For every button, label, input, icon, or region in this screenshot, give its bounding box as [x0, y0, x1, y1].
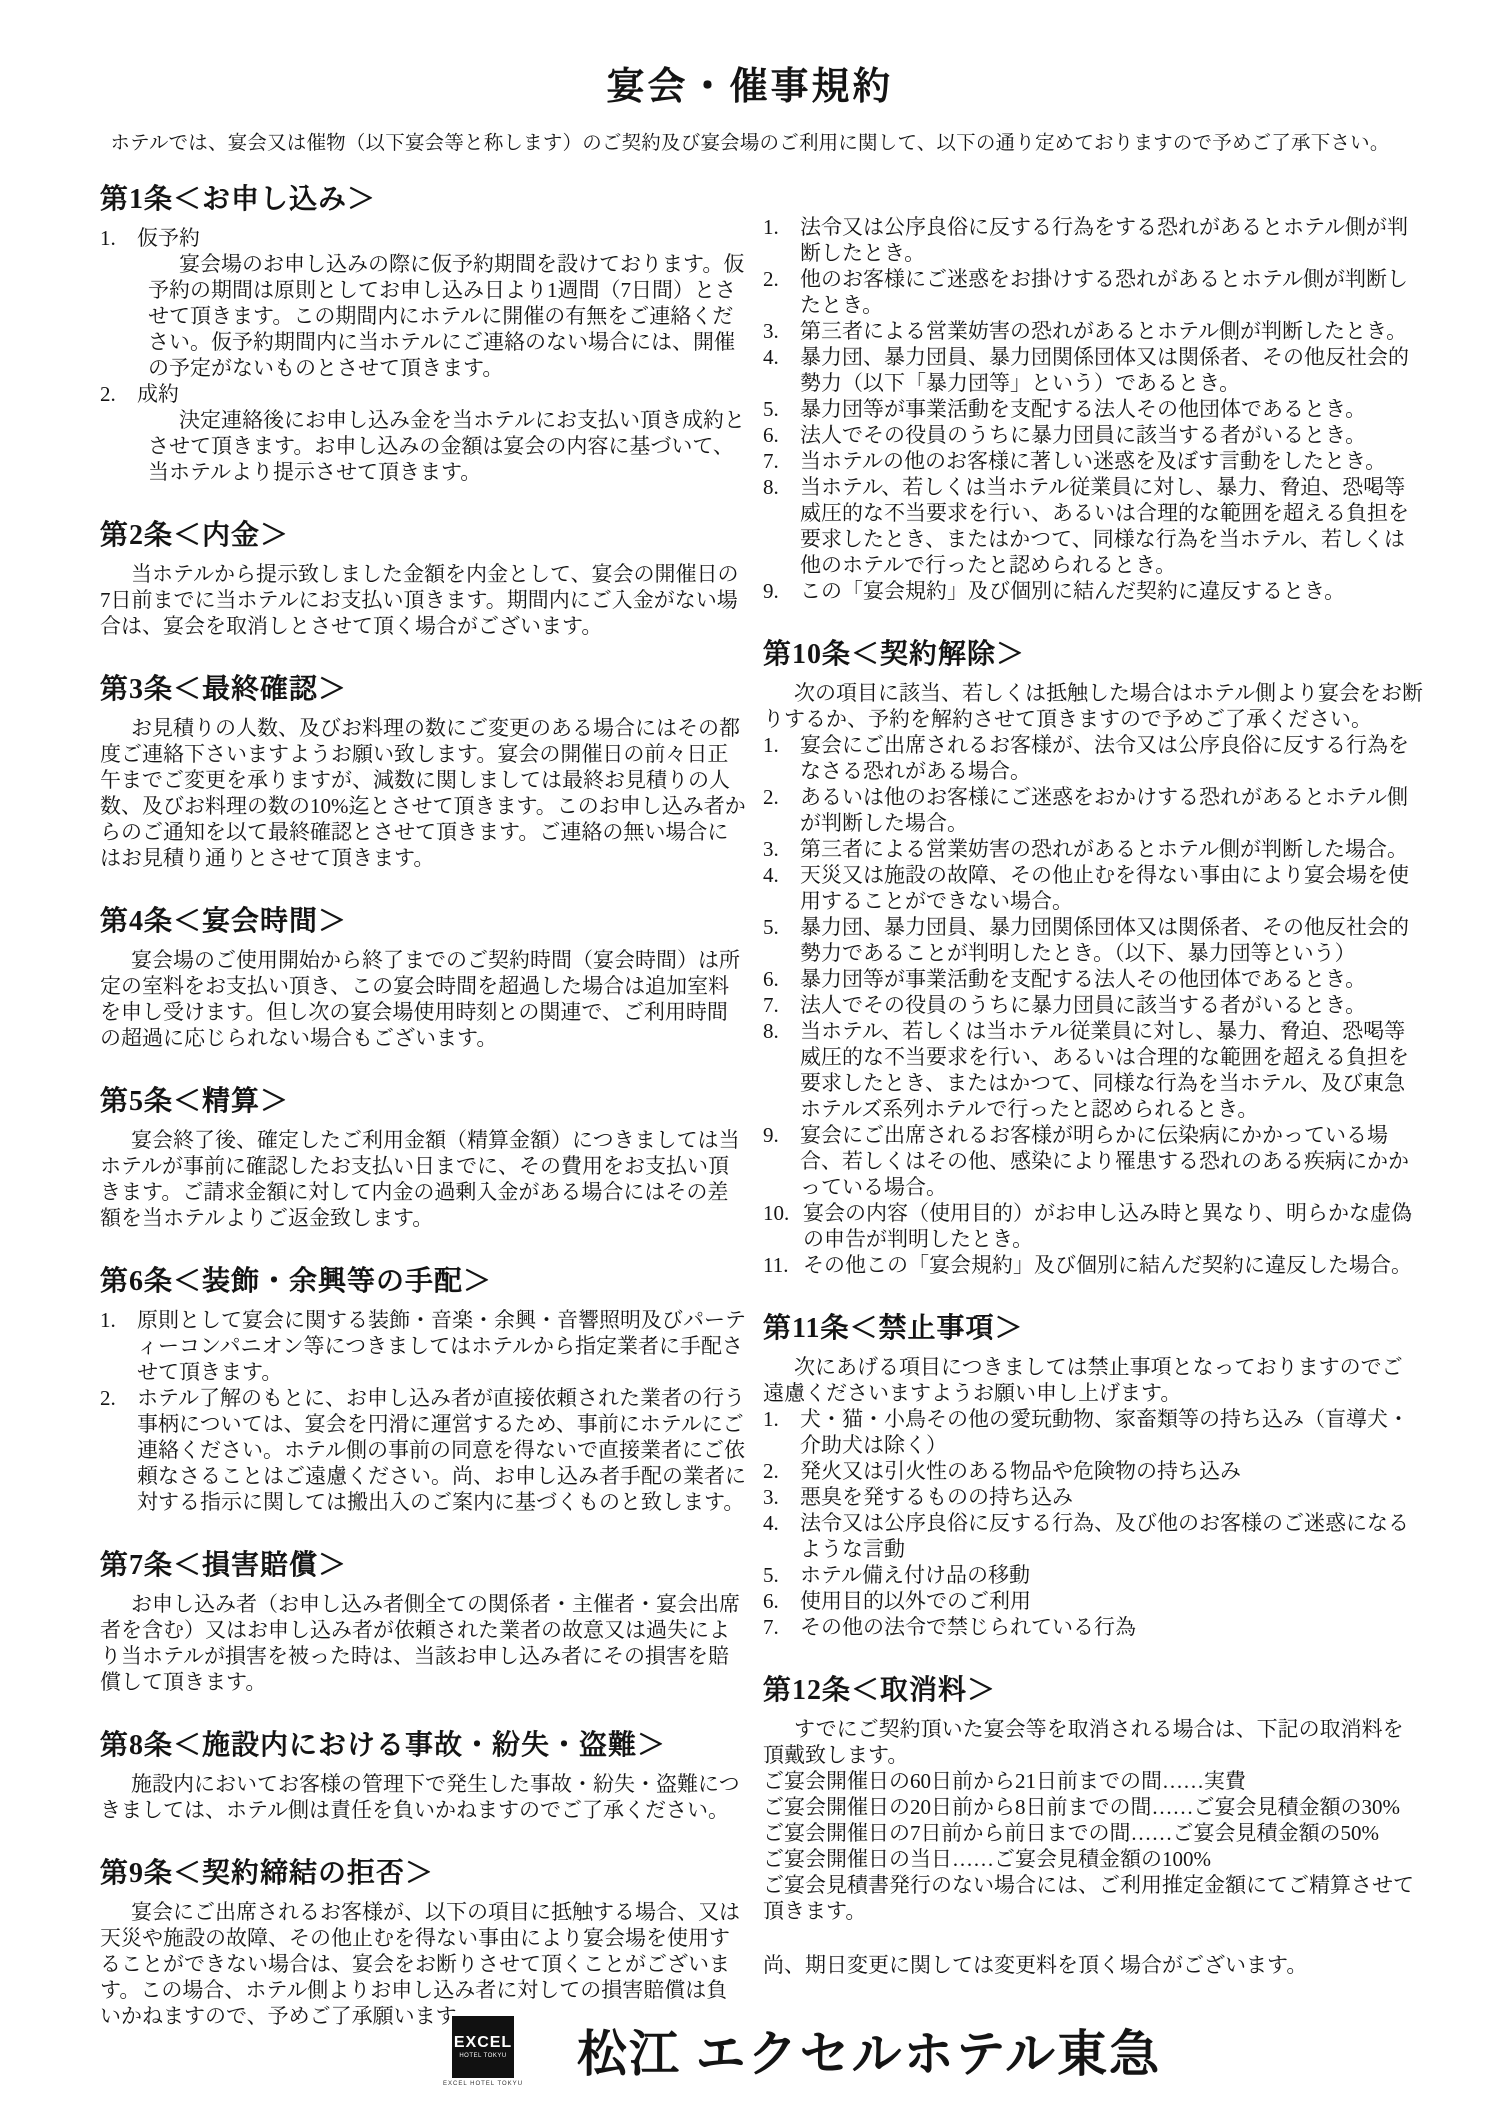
item-number: 2.: [100, 1385, 137, 1515]
item-text: 宴会にご出席されるお客様が明らかに伝染病にかかっている場合、若しくはその他、感染…: [800, 1122, 1423, 1200]
logo-main-text: EXCEL: [454, 2034, 512, 2052]
prohibited-item: 3. 悪臭を発するものの持ち込み: [763, 1484, 1423, 1510]
hotel-name: 松江 エクセルホテル東急: [577, 2024, 1161, 2084]
item-text: その他この「宴会規約」及び個別に結んだ契約に違反した場合。: [803, 1252, 1423, 1278]
item-text: 当ホテル、若しくは当ホテル従業員に対し、暴力、脅迫、恐喝等威圧的な不当要求を行い…: [800, 474, 1423, 578]
article-6: 第6条＜装飾・余興等の手配＞ 1. 原則として宴会に関する装飾・音楽・余興・音響…: [100, 1265, 746, 1515]
prohibited-item: 4. 法令又は公序良俗に反する行為、及び他のお客様のご迷惑になるような言動: [763, 1510, 1423, 1562]
condition-item: 4. 暴力団、暴力団員、暴力団関係団体又は関係者、その他反社会的勢力（以下「暴力…: [763, 344, 1423, 396]
item-text: 天災又は施設の故障、その他止むを得ない事由により宴会場を使用することができない場…: [800, 862, 1423, 914]
condition-item: 5. 暴力団等が事業活動を支配する法人その他団体であるとき。: [763, 396, 1423, 422]
item-number: 2.: [763, 266, 800, 318]
hotel-logo: EXCEL HOTEL TOKYU EXCEL HOTEL TOKYU: [443, 2016, 523, 2087]
item-text: 他のお客様にご迷惑をお掛けする恐れがあるとホテル側が判断したとき。: [800, 266, 1423, 318]
condition-item: 3. 第三者による営業妨害の恐れがあるとホテル側が判断したとき。: [763, 318, 1423, 344]
item-text: あるいは他のお客様にご迷惑をおかけする恐れがあるとホテル側が判断した場合。: [800, 784, 1423, 836]
item-number: 1.: [763, 214, 800, 266]
article-7-heading: 第7条＜損害賠償＞: [100, 1549, 746, 1583]
item-number: 7.: [763, 448, 800, 474]
article-11-intro: 次にあげる項目につきましては禁止事項となっておりますのでご遠慮くださいますようお…: [763, 1354, 1423, 1406]
article-10-heading: 第10条＜契約解除＞: [763, 638, 1423, 672]
termination-item: 2. あるいは他のお客様にご迷惑をおかけする恐れがあるとホテル側が判断した場合。: [763, 784, 1423, 836]
article-5: 第5条＜精算＞ 宴会終了後、確定したご利用金額（精算金額）につきましては当ホテル…: [100, 1085, 746, 1231]
article-8: 第8条＜施設内における事故・紛失・盗難＞ 施設内においてお客様の管理下で発生した…: [100, 1729, 746, 1823]
item-text: 法令又は公序良俗に反する行為をする恐れがあるとホテル側が判断したとき。: [800, 214, 1423, 266]
item-number: 8.: [763, 1018, 800, 1122]
cancellation-fee-line: ご宴会開催日の7日前から前日までの間……ご宴会見積金額の50%: [763, 1820, 1423, 1846]
condition-item: 1. 法令又は公序良俗に反する行為をする恐れがあるとホテル側が判断したとき。: [763, 214, 1423, 266]
termination-item: 9. 宴会にご出席されるお客様が明らかに伝染病にかかっている場合、若しくはその他…: [763, 1122, 1423, 1200]
item-text: 法人でその役員のうちに暴力団員に該当する者がいるとき。: [800, 992, 1423, 1018]
item-text: 原則として宴会に関する装飾・音楽・余興・音響照明及びパーティーコンパニオン等につ…: [137, 1307, 746, 1385]
article-2-heading: 第2条＜内金＞: [100, 519, 746, 553]
date-change-note: 尚、期日変更に関しては変更料を頂く場合がございます。: [763, 1952, 1423, 1978]
item-text: 悪臭を発するものの持ち込み: [800, 1484, 1423, 1510]
item-text: 当ホテル、若しくは当ホテル従業員に対し、暴力、脅迫、恐喝等威圧的な不当要求を行い…: [800, 1018, 1423, 1122]
item-number: 7.: [763, 1614, 800, 1640]
termination-item: 6. 暴力団等が事業活動を支配する法人その他団体であるとき。: [763, 966, 1423, 992]
item-number: 5.: [763, 396, 800, 422]
article-11: 第11条＜禁止事項＞ 次にあげる項目につきましては禁止事項となっておりますのでご…: [763, 1312, 1423, 1640]
item-text: 第三者による営業妨害の恐れがあるとホテル側が判断した場合。: [800, 836, 1423, 862]
item-number: 4.: [763, 862, 800, 914]
item-text: 暴力団、暴力団員、暴力団関係団体又は関係者、その他反社会的勢力（以下「暴力団等」…: [800, 344, 1423, 396]
article-12: 第12条＜取消料＞ すでにご契約頂いた宴会等を取消される場合は、下記の取消料を頂…: [763, 1674, 1423, 1978]
item-text: 宴会にご出席されるお客様が、法令又は公序良俗に反する行為をなさる恐れがある場合。: [800, 732, 1423, 784]
banquet-terms-document: 宴会・催事規約 ホテルでは、宴会又は催物（以下宴会等と称します）のご契約及び宴会…: [0, 0, 1500, 2122]
item-number: 3.: [763, 318, 800, 344]
item-number: 1.: [763, 732, 800, 784]
article-1-heading: 第1条＜お申し込み＞: [100, 183, 746, 217]
article-9: 第9条＜契約締結の拒否＞ 宴会にご出席されるお客様が、以下の項目に抵触する場合、…: [100, 1857, 746, 2029]
condition-item: 6. 法人でその役員のうちに暴力団員に該当する者がいるとき。: [763, 422, 1423, 448]
article-7-paragraph: お申し込み者（お申し込み者側全ての関係者・主催者・宴会出席者を含む）又はお申し込…: [100, 1591, 746, 1695]
condition-item: 9. この「宴会規約」及び個別に結んだ契約に違反するとき。: [763, 578, 1423, 604]
article-8-heading: 第8条＜施設内における事故・紛失・盗難＞: [100, 1729, 746, 1763]
article-9-heading: 第9条＜契約締結の拒否＞: [100, 1857, 746, 1891]
item-text: 使用目的以外でのご利用: [800, 1588, 1423, 1614]
item-label: 成約: [137, 381, 746, 407]
article-4-paragraph: 宴会場のご使用開始から終了までのご契約時間（宴会時間）は所定の室料をお支払い頂き…: [100, 947, 746, 1051]
article-2: 第2条＜内金＞ 当ホテルから提示致しました金額を内金として、宴会の開催日の7日前…: [100, 519, 746, 639]
item-number: 8.: [763, 474, 800, 578]
item-text: 法令又は公序良俗に反する行為、及び他のお客様のご迷惑になるような言動: [800, 1510, 1423, 1562]
article-5-heading: 第5条＜精算＞: [100, 1085, 746, 1119]
article-5-paragraph: 宴会終了後、確定したご利用金額（精算金額）につきましては当ホテルが事前に確認した…: [100, 1127, 746, 1231]
article-8-paragraph: 施設内においてお客様の管理下で発生した事故・紛失・盗難につきましては、ホテル側は…: [100, 1771, 746, 1823]
article-1-item-2: 2. 成約: [100, 381, 746, 407]
article-1-item-1: 1. 仮予約: [100, 225, 746, 251]
article-2-paragraph: 当ホテルから提示致しました金額を内金として、宴会の開催日の7日前までに当ホテルに…: [100, 561, 746, 639]
article-3-paragraph: お見積りの人数、及びお料理の数にご変更のある場合にはその都度ご連絡下さいますよう…: [100, 715, 746, 871]
termination-item: 1. 宴会にご出席されるお客様が、法令又は公序良俗に反する行為をなさる恐れがある…: [763, 732, 1423, 784]
item-number: 2.: [100, 381, 137, 407]
prohibited-item: 2. 発火又は引火性のある物品や危険物の持ち込み: [763, 1458, 1423, 1484]
article-4-heading: 第4条＜宴会時間＞: [100, 905, 746, 939]
item-number: 3.: [763, 1484, 800, 1510]
item-text: 犬・猫・小鳥その他の愛玩動物、家畜類等の持ち込み（盲導犬・介助犬は除く）: [800, 1406, 1423, 1458]
article-4: 第4条＜宴会時間＞ 宴会場のご使用開始から終了までのご契約時間（宴会時間）は所定…: [100, 905, 746, 1051]
article-12-intro: すでにご契約頂いた宴会等を取消される場合は、下記の取消料を頂戴致します。: [763, 1716, 1423, 1768]
page-title: 宴会・催事規約: [0, 55, 1500, 110]
item-number: 2.: [763, 784, 800, 836]
termination-item: 5. 暴力団、暴力団員、暴力団関係団体又は関係者、その他反社会的勢力であることが…: [763, 914, 1423, 966]
article-6-item: 2. ホテル了解のもとに、お申し込み者が直接依頼された業者の行う事柄については、…: [100, 1385, 746, 1515]
item-label: 仮予約: [137, 225, 746, 251]
condition-item: 7. 当ホテルの他のお客様に著しい迷惑を及ぼす言動をしたとき。: [763, 448, 1423, 474]
cancellation-fee-line: ご宴会開催日の当日……ご宴会見積金額の100%: [763, 1846, 1423, 1872]
item-number: 4.: [763, 1510, 800, 1562]
cancellation-fee-line: ご宴会開催日の60日前から21日前までの間……実費: [763, 1768, 1423, 1794]
article-10: 第10条＜契約解除＞ 次の項目に該当、若しくは抵触した場合はホテル側より宴会をお…: [763, 638, 1423, 1278]
item-text: この「宴会規約」及び個別に結んだ契約に違反するとき。: [800, 578, 1423, 604]
article-7: 第7条＜損害賠償＞ お申し込み者（お申し込み者側全ての関係者・主催者・宴会出席者…: [100, 1549, 746, 1695]
item-number: 6.: [763, 1588, 800, 1614]
item-text: 暴力団、暴力団員、暴力団関係団体又は関係者、その他反社会的勢力であることが判明し…: [800, 914, 1423, 966]
left-column: 第1条＜お申し込み＞ 1. 仮予約 宴会場のお申し込みの際に仮予約期間を設けてお…: [100, 183, 746, 2029]
article-6-heading: 第6条＜装飾・余興等の手配＞: [100, 1265, 746, 1299]
prohibited-item: 1. 犬・猫・小鳥その他の愛玩動物、家畜類等の持ち込み（盲導犬・介助犬は除く）: [763, 1406, 1423, 1458]
item-number: 10.: [763, 1200, 803, 1252]
article-1-paragraph-1: 宴会場のお申し込みの際に仮予約期間を設けております。仮予約の期間は原則としてお申…: [148, 251, 746, 381]
article-10-intro: 次の項目に該当、若しくは抵触した場合はホテル側より宴会をお断りするか、予約を解約…: [763, 680, 1423, 732]
item-number: 5.: [763, 1562, 800, 1588]
item-number: 9.: [763, 1122, 800, 1200]
item-number: 6.: [763, 422, 800, 448]
condition-item: 2. 他のお客様にご迷惑をお掛けする恐れがあるとホテル側が判断したとき。: [763, 266, 1423, 318]
item-text: ホテル了解のもとに、お申し込み者が直接依頼された業者の行う事柄については、宴会を…: [137, 1385, 746, 1515]
cancellation-fee-line: ご宴会開催日の20日前から8日前までの間……ご宴会見積金額の30%: [763, 1794, 1423, 1820]
termination-item: 10. 宴会の内容（使用目的）がお申し込み時と異なり、明らかな虚偽の申告が判明し…: [763, 1200, 1423, 1252]
logo-sub-text: HOTEL TOKYU: [459, 2052, 506, 2060]
item-number: 2.: [763, 1458, 800, 1484]
termination-item: 3. 第三者による営業妨害の恐れがあるとホテル側が判断した場合。: [763, 836, 1423, 862]
item-number: 1.: [763, 1406, 800, 1458]
item-number: 3.: [763, 836, 800, 862]
article-1-paragraph-2: 決定連絡後にお申し込み金を当ホテルにお支払い頂き成約とさせて頂きます。お申し込み…: [148, 407, 746, 485]
logo-caption: EXCEL HOTEL TOKYU: [443, 2081, 523, 2087]
item-text: 宴会の内容（使用目的）がお申し込み時と異なり、明らかな虚偽の申告が判明したとき。: [803, 1200, 1423, 1252]
item-text: ホテル備え付け品の移動: [800, 1562, 1423, 1588]
prohibited-item: 5. ホテル備え付け品の移動: [763, 1562, 1423, 1588]
item-text: 暴力団等が事業活動を支配する法人その他団体であるとき。: [800, 966, 1423, 992]
prohibited-item: 6. 使用目的以外でのご利用: [763, 1588, 1423, 1614]
article-11-heading: 第11条＜禁止事項＞: [763, 1312, 1423, 1346]
item-number: 11.: [763, 1252, 803, 1278]
termination-item: 4. 天災又は施設の故障、その他止むを得ない事由により宴会場を使用することができ…: [763, 862, 1423, 914]
item-number: 7.: [763, 992, 800, 1018]
article-12-note: ご宴会見積書発行のない場合には、ご利用推定金額にてご精算させて頂きます。: [763, 1872, 1423, 1924]
excel-hotel-logo-icon: EXCEL HOTEL TOKYU: [452, 2016, 514, 2078]
item-text: 当ホテルの他のお客様に著しい迷惑を及ぼす言動をしたとき。: [800, 448, 1423, 474]
article-3-heading: 第3条＜最終確認＞: [100, 673, 746, 707]
item-text: 法人でその役員のうちに暴力団員に該当する者がいるとき。: [800, 422, 1423, 448]
article-3: 第3条＜最終確認＞ お見積りの人数、及びお料理の数にご変更のある場合にはその都度…: [100, 673, 746, 871]
right-column: 1. 法令又は公序良俗に反する行為をする恐れがあるとホテル側が判断したとき。 2…: [763, 214, 1423, 1978]
item-text: 発火又は引火性のある物品や危険物の持ち込み: [800, 1458, 1423, 1484]
item-text: 暴力団等が事業活動を支配する法人その他団体であるとき。: [800, 396, 1423, 422]
item-number: 6.: [763, 966, 800, 992]
item-text: 第三者による営業妨害の恐れがあるとホテル側が判断したとき。: [800, 318, 1423, 344]
article-9-paragraph: 宴会にご出席されるお客様が、以下の項目に抵触する場合、又は天災や施設の故障、その…: [100, 1899, 746, 2029]
item-number: 5.: [763, 914, 800, 966]
prohibited-item: 7. その他の法令で禁じられている行為: [763, 1614, 1423, 1640]
item-number: 1.: [100, 225, 137, 251]
termination-item: 8. 当ホテル、若しくは当ホテル従業員に対し、暴力、脅迫、恐喝等威圧的な不当要求…: [763, 1018, 1423, 1122]
article-12-heading: 第12条＜取消料＞: [763, 1674, 1423, 1708]
article-9-conditions-list: 1. 法令又は公序良俗に反する行為をする恐れがあるとホテル側が判断したとき。 2…: [763, 214, 1423, 604]
item-number: 4.: [763, 344, 800, 396]
footer: EXCEL HOTEL TOKYU EXCEL HOTEL TOKYU 松江 エ…: [443, 2016, 1161, 2087]
condition-item: 8. 当ホテル、若しくは当ホテル従業員に対し、暴力、脅迫、恐喝等威圧的な不当要求…: [763, 474, 1423, 578]
article-1: 第1条＜お申し込み＞ 1. 仮予約 宴会場のお申し込みの際に仮予約期間を設けてお…: [100, 183, 746, 485]
termination-item: 11. その他この「宴会規約」及び個別に結んだ契約に違反した場合。: [763, 1252, 1423, 1278]
item-number: 9.: [763, 578, 800, 604]
item-number: 1.: [100, 1307, 137, 1385]
termination-item: 7. 法人でその役員のうちに暴力団員に該当する者がいるとき。: [763, 992, 1423, 1018]
item-text: その他の法令で禁じられている行為: [800, 1614, 1423, 1640]
page-subtitle: ホテルでは、宴会又は催物（以下宴会等と称します）のご契約及び宴会場のご利用に関し…: [0, 127, 1500, 155]
article-6-item: 1. 原則として宴会に関する装飾・音楽・余興・音響照明及びパーティーコンパニオン…: [100, 1307, 746, 1385]
